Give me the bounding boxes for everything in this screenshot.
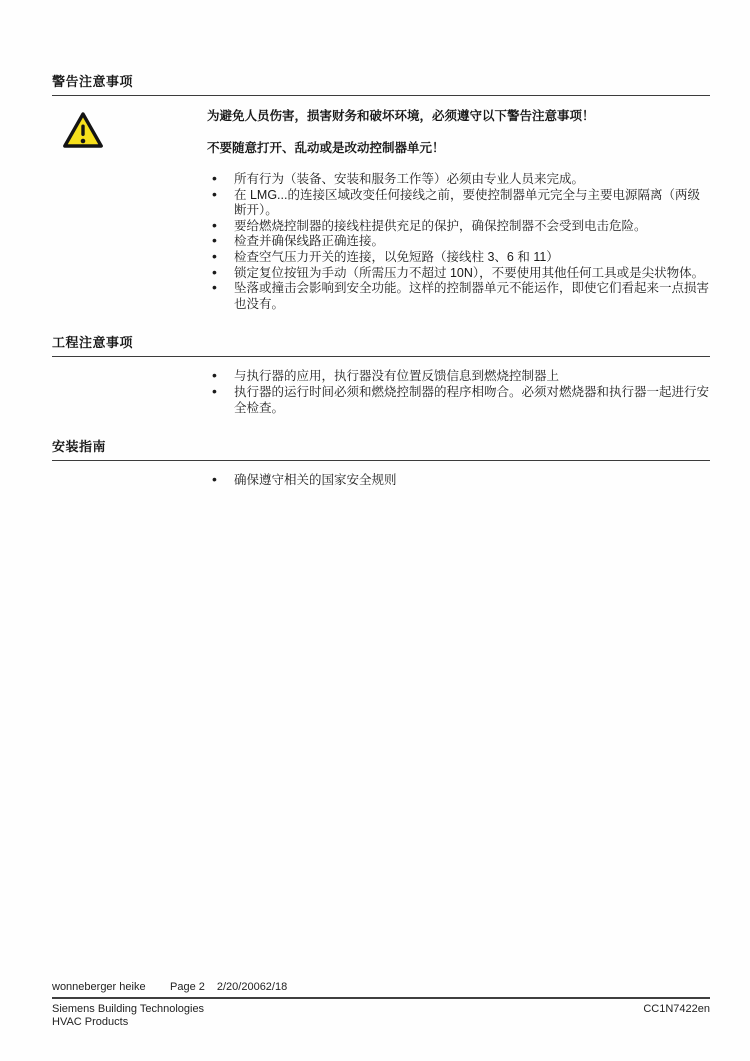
section-divider	[52, 95, 710, 96]
warning-intro-primary: 为避免人员伤害，损害财务和破坏环境，必须遵守以下警告注意事项！	[207, 109, 710, 124]
exclamation-bar	[81, 125, 84, 137]
list-item: 在 LMG...的连接区域改变任何接线之前，要使控制器单元完全与主要电源隔离（两…	[207, 188, 710, 219]
list-item: 执行器的运行时间必须和燃烧控制器的程序相吻合。必须对燃烧器和执行器一起进行安全检…	[207, 385, 710, 416]
heading-installation-guide: 安装指南	[52, 436, 710, 455]
footer-document-id: CC1N7422en	[643, 1003, 710, 1029]
engineering-bullet-list: 与执行器的应用，执行器没有位置反馈信息到燃烧控制器上 执行器的运行时间必须和燃烧…	[207, 369, 710, 416]
section-engineering-notes: 工程注意事项 与执行器的应用，执行器没有位置反馈信息到燃烧控制器上 执行器的运行…	[52, 332, 710, 416]
heading-warning-precautions: 警告注意事项	[52, 71, 710, 90]
heading-engineering-notes: 工程注意事项	[52, 332, 710, 351]
footer-division: HVAC Products	[52, 1016, 204, 1029]
installation-bullet-list: 确保遵守相关的国家安全规则	[207, 473, 710, 489]
section-divider	[52, 356, 710, 357]
list-item: 锁定复位按钮为手动（所需压力不超过 10N），不要使用其他任何工具或是尖状物体。	[207, 266, 710, 282]
warning-triangle-icon	[62, 111, 104, 150]
section-warning-precautions: 警告注意事项 为避免人员伤害，损害财务和破坏环境，必须遵守以下警告注意事项！ 不…	[52, 71, 710, 312]
list-item: 确保遵守相关的国家安全规则	[207, 473, 710, 489]
page-footer: wonneberger heike Page 2 2/20/20062/18 S…	[52, 981, 710, 1029]
warning-bullet-list: 所有行为（装备、安装和服务工作等）必须由专业人员来完成。 在 LMG...的连接…	[207, 172, 710, 312]
section-installation-guide: 安装指南 确保遵守相关的国家安全规则	[52, 436, 710, 489]
footer-author: wonneberger heike	[52, 981, 170, 993]
section-divider	[52, 460, 710, 461]
list-item: 所有行为（装备、安装和服务工作等）必须由专业人员来完成。	[207, 172, 710, 188]
list-item: 检查空气压力开关的连接，以免短路（接线柱 3、6 和 11）	[207, 250, 710, 266]
footer-company-name: Siemens Building Technologies	[52, 1003, 204, 1016]
footer-page-number: Page 2	[170, 981, 205, 993]
exclamation-dot	[81, 139, 86, 144]
list-item: 检查并确保线路正确连接。	[207, 234, 710, 250]
footer-date: 2/20/20062/18	[217, 981, 287, 993]
footer-divider	[52, 997, 710, 999]
list-item: 坠落或撞击会影响到安全功能。这样的控制器单元不能运作，即使它们看起来一点损害也没…	[207, 281, 710, 312]
document-page: 警告注意事项 为避免人员伤害，损害财务和破坏环境，必须遵守以下警告注意事项！ 不…	[0, 0, 750, 1061]
list-item: 与执行器的应用，执行器没有位置反馈信息到燃烧控制器上	[207, 369, 710, 385]
list-item: 要给燃烧控制器的接线柱提供充足的保护，确保控制器不会受到电击危险。	[207, 219, 710, 235]
warning-intro-secondary: 不要随意打开、乱动或是改动控制器单元！	[207, 141, 710, 156]
